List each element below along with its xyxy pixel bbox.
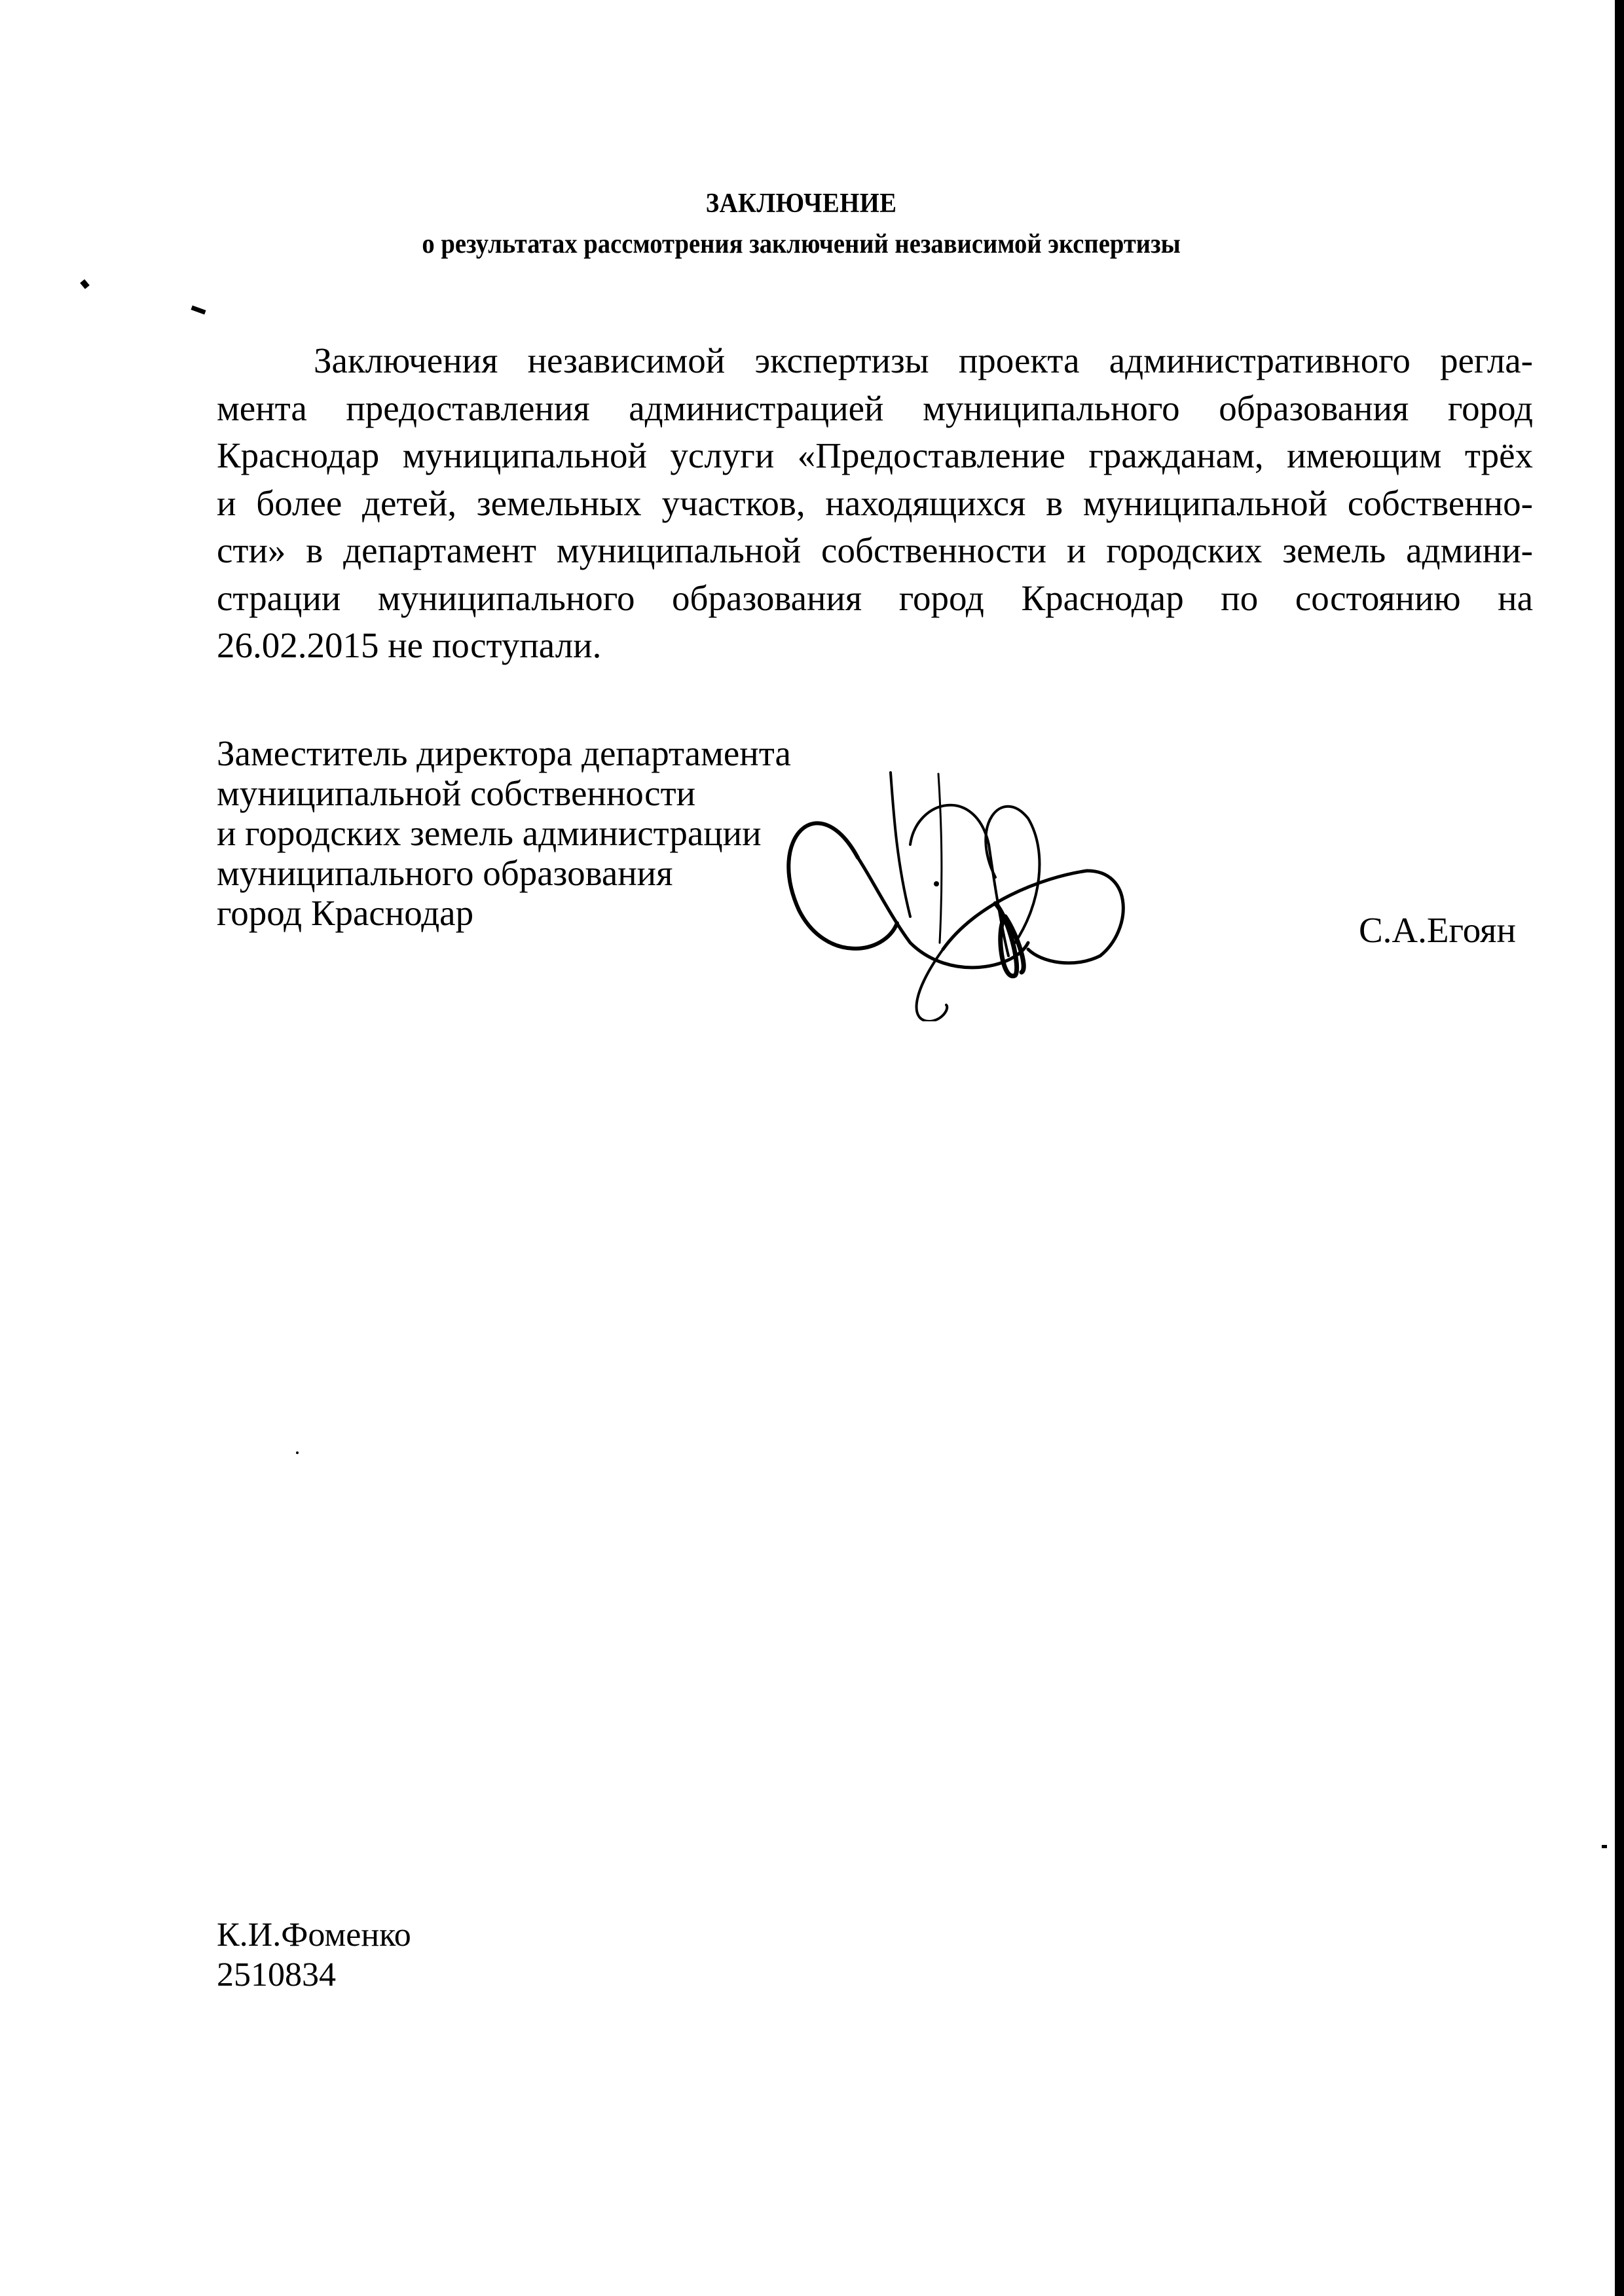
scan-speck <box>296 1451 299 1454</box>
body-line: 26.02.2015 не поступали. <box>217 622 1533 670</box>
body-line: страции муниципального образования город… <box>217 575 1533 623</box>
executor-phone: 2510834 <box>217 1955 411 1995</box>
executor-name: К.И.Фоменко <box>217 1915 411 1955</box>
position-line: Заместитель директора департамента <box>217 733 791 773</box>
scan-edge-strip <box>1615 0 1624 2296</box>
scan-speck <box>191 305 206 314</box>
body-paragraph: Заключения независимой экспертизы проект… <box>217 337 1533 670</box>
signatory-position: Заместитель директора департамента муниц… <box>217 733 791 933</box>
position-line: и городских земель администрации <box>217 813 791 853</box>
document-title: ЗАКЛЮЧЕНИЕ <box>0 185 1602 222</box>
body-line: Заключения независимой экспертизы проект… <box>217 337 1533 385</box>
scan-speck <box>1602 1845 1607 1848</box>
document-page: ЗАКЛЮЧЕНИЕ о результатах рассмотрения за… <box>0 0 1624 2296</box>
handwritten-signature-icon <box>779 746 1238 1021</box>
body-line: Краснодар муниципальной услуги «Предоста… <box>217 432 1533 480</box>
body-line: и более детей, земельных участков, наход… <box>217 480 1533 528</box>
body-line: мента предоставления администрацией муни… <box>217 385 1533 433</box>
document-subtitle: о результатах рассмотрения заключений не… <box>0 226 1602 263</box>
executor-block: К.И.Фоменко 2510834 <box>217 1915 411 1995</box>
signer-name: С.А.Егоян <box>1359 910 1516 950</box>
body-line: сти» в департамент муниципальной собстве… <box>217 527 1533 575</box>
position-line: муниципального образования <box>217 853 791 893</box>
position-line: муниципальной собственности <box>217 773 791 813</box>
scan-speck <box>80 280 90 289</box>
position-line: город Краснодар <box>217 893 791 933</box>
